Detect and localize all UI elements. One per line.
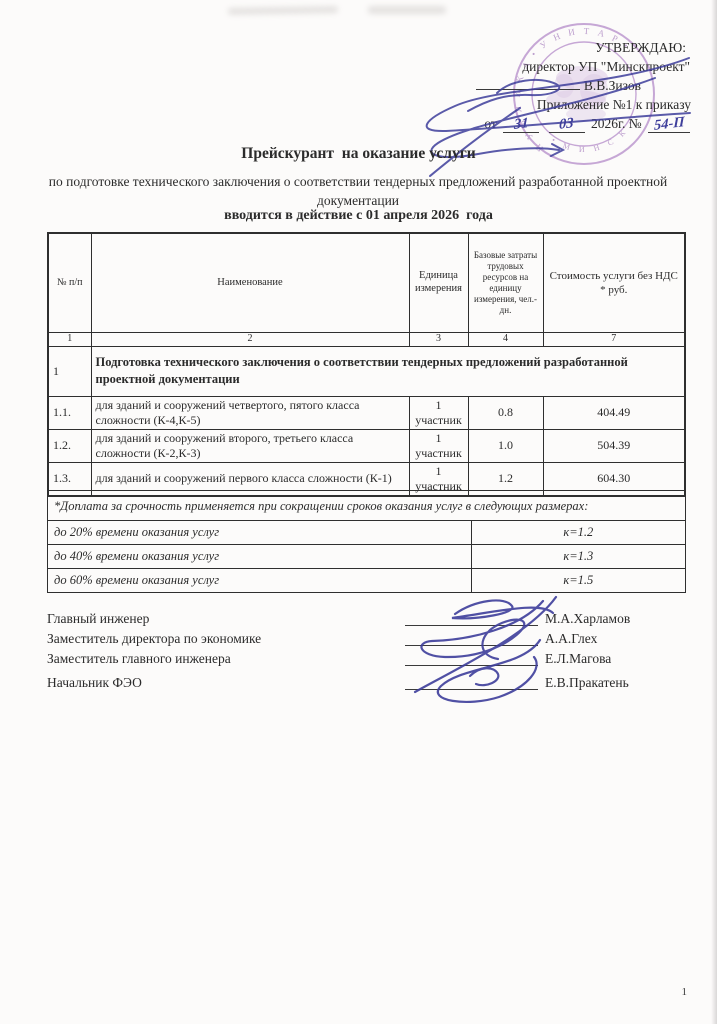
section-number: 1 xyxy=(48,346,91,396)
header-no: № п/п xyxy=(48,233,91,332)
surcharge-note-row: *Доплата за срочность применяется при со… xyxy=(48,491,686,521)
surcharge-coef: к=1.5 xyxy=(471,569,685,593)
signature-underline xyxy=(405,625,538,626)
date-day-blank: 31 xyxy=(503,117,539,133)
header-name: Наименование xyxy=(91,233,409,332)
signature-underline xyxy=(405,665,538,666)
col-number: 2 xyxy=(91,332,409,346)
header-cost: Стоимость услуги без НДС * руб. xyxy=(543,233,685,332)
director-signature-line: В.В.Зизов xyxy=(476,75,641,95)
surcharge-note: *Доплата за срочность применяется при со… xyxy=(48,491,686,521)
signer-title: Заместитель директора по экономике xyxy=(47,631,261,647)
document-title: Прейскурант на оказание услуги xyxy=(20,145,697,163)
surcharge-row: до 60% времени оказания услуг к=1.5 xyxy=(48,569,686,593)
unit-qty: 1 xyxy=(414,398,464,413)
scan-bleed-smudge xyxy=(368,6,446,14)
header-labor: Базовые затраты трудовых ресурсов на еди… xyxy=(468,233,543,332)
cell-row-number: 1.2. xyxy=(48,429,91,462)
cell-unit: 1 участник xyxy=(409,429,468,462)
from-label: от xyxy=(484,116,496,131)
handwritten-order-number: 54-П xyxy=(654,116,685,133)
cell-row-number: 1.1. xyxy=(48,396,91,429)
signature-underline xyxy=(476,75,580,90)
cell-labor: 1.0 xyxy=(468,429,543,462)
price-table: № п/п Наименование Единица измерения Баз… xyxy=(47,232,686,497)
surcharge-coef: к=1.2 xyxy=(471,521,685,545)
director-line: директор УП "Минскпроект" xyxy=(522,57,690,76)
unit-name: участник xyxy=(414,446,464,461)
signature-row: Заместитель главного инженера Е.Л.Магова xyxy=(0,649,717,668)
signature-row: Главный инженер М.А.Харламов xyxy=(0,609,717,628)
unit-qty: 1 xyxy=(414,431,464,446)
signer-name: Е.Л.Магова xyxy=(545,651,611,667)
page-number: 1 xyxy=(682,986,688,998)
col-number: 7 xyxy=(543,332,685,346)
cell-labor: 0.8 xyxy=(468,396,543,429)
cell-name: для зданий и сооружений четвертого, пято… xyxy=(91,396,409,429)
handwritten-day: 31 xyxy=(514,117,529,132)
surcharge-row: до 20% времени оказания услуг к=1.2 xyxy=(48,521,686,545)
col-number: 3 xyxy=(409,332,468,346)
cell-name: для зданий и сооружений второго, третьег… xyxy=(91,429,409,462)
signer-name: Е.В.Пракатень xyxy=(545,675,629,691)
document-subtitle: по подготовке технического заключения о … xyxy=(33,172,683,210)
signer-title: Главный инженер xyxy=(47,611,149,627)
surcharge-table: *Доплата за срочность применяется при со… xyxy=(47,490,686,593)
surcharge-coef: к=1.3 xyxy=(471,545,685,569)
surcharge-label: до 20% времени оказания услуг xyxy=(48,521,472,545)
scanned-price-list-page: • П У Б Л И К А • У Н И Т А Р • • М И Н … xyxy=(0,0,717,1024)
cell-cost: 404.49 xyxy=(543,396,685,429)
section-row: 1 Подготовка технического заключения о с… xyxy=(48,346,685,396)
director-name: В.В.Зизов xyxy=(584,78,641,93)
section-name: Подготовка технического заключения о соо… xyxy=(91,346,685,396)
approve-label: УТВЕРЖДАЮ: xyxy=(595,38,686,57)
order-date-line: от 31 03 2026г. № 54-П xyxy=(484,114,693,133)
signer-name: А.А.Глех xyxy=(545,631,597,647)
number-sign: № xyxy=(629,116,642,131)
signer-title: Начальник ФЭО xyxy=(47,675,142,691)
table-row: 1.1. для зданий и сооружений четвертого,… xyxy=(48,396,685,429)
price-table-header-row: № п/п Наименование Единица измерения Баз… xyxy=(48,233,685,332)
surcharge-label: до 60% времени оказания услуг xyxy=(48,569,472,593)
surcharge-label: до 40% времени оказания услуг xyxy=(48,545,472,569)
signature-underline xyxy=(405,689,538,690)
order-number-blank: 54-П xyxy=(648,117,690,133)
column-numbers-row: 1 2 3 4 7 xyxy=(48,332,685,346)
col-number: 4 xyxy=(468,332,543,346)
table-row: 1.2. для зданий и сооружений второго, тр… xyxy=(48,429,685,462)
handwritten-month: 03 xyxy=(559,117,574,132)
cell-unit: 1 участник xyxy=(409,396,468,429)
header-unit: Единица измерения xyxy=(409,233,468,332)
date-month-blank: 03 xyxy=(549,117,585,133)
signer-title: Заместитель главного инженера xyxy=(47,651,231,667)
signature-row: Начальник ФЭО Е.В.Пракатень xyxy=(0,673,717,692)
scan-edge-shadow xyxy=(711,0,717,1024)
unit-qty: 1 xyxy=(414,464,464,479)
scan-bleed-smudge xyxy=(228,6,338,15)
surcharge-row: до 40% времени оказания услуг к=1.3 xyxy=(48,545,686,569)
annex-line: Приложение №1 к приказу xyxy=(537,95,691,114)
signature-row: Заместитель директора по экономике А.А.Г… xyxy=(0,629,717,648)
cell-cost: 504.39 xyxy=(543,429,685,462)
unit-name: участник xyxy=(414,413,464,428)
effective-date-line: вводится в действие с 01 апреля 2026 год… xyxy=(20,208,697,224)
signature-underline xyxy=(405,645,538,646)
year-label: 2026г. xyxy=(591,116,625,131)
signer-name: М.А.Харламов xyxy=(545,611,630,627)
col-number: 1 xyxy=(48,332,91,346)
